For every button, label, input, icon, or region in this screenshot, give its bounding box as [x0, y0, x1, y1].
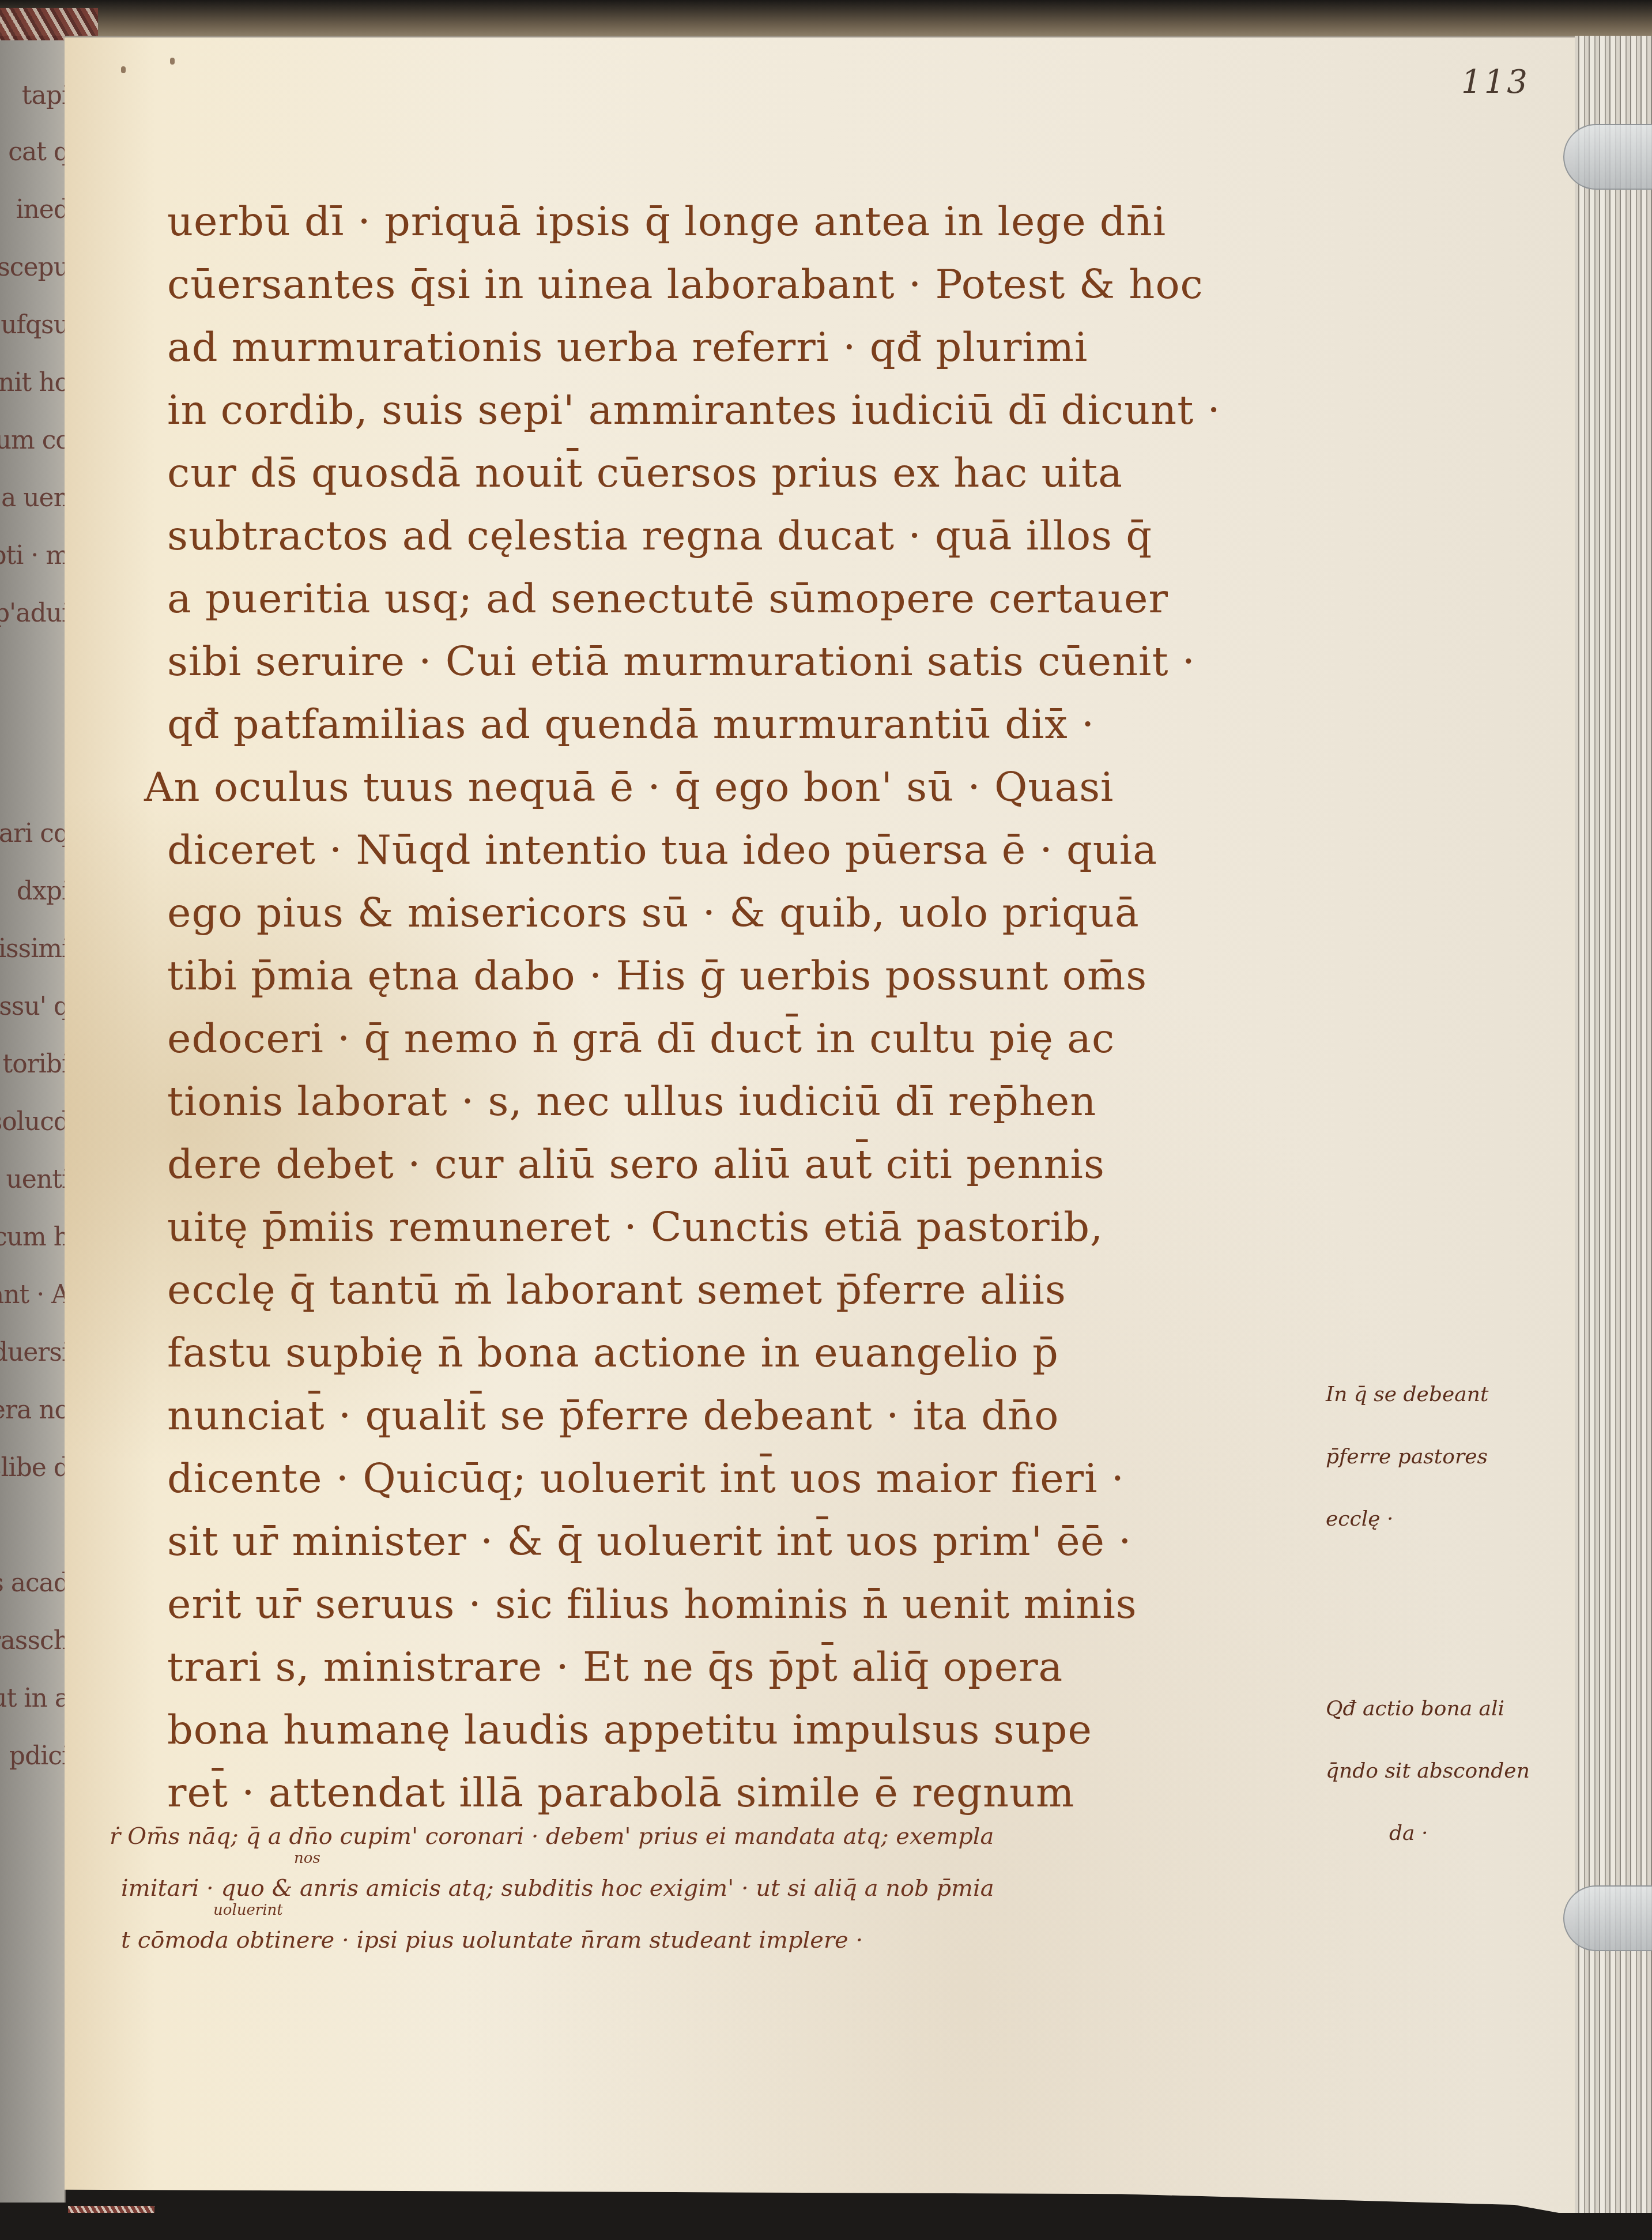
margin-note-line: q̄ndo sit absconden [1326, 1740, 1579, 1802]
footnote-line: uoluerint t cōmoda obtinere · ipsi pius … [121, 1914, 1389, 1966]
text-line: uerbū dī · priquā ipsis q̄ longe antea i… [167, 190, 1355, 253]
page-tab-top[interactable] [1563, 124, 1652, 190]
main-text-block: uerbū dī · priquā ipsis q̄ longe antea i… [167, 190, 1355, 1824]
footnote-marker: ṙ [110, 1823, 120, 1850]
facing-page-fragment: oslibe d [0, 1453, 66, 1482]
facing-page-fragment: uenti [0, 1165, 66, 1194]
text-line: subtractos ad cęlestia regna ducat · quā… [167, 505, 1355, 567]
interlinear-gloss: nos [294, 1851, 320, 1866]
text-line: tionis laborat · s, nec ullus iudiciū dī… [167, 1070, 1355, 1133]
footnote-text: t cōmoda obtinere · ipsi pius uoluntate … [121, 1927, 863, 1953]
facing-page-fragment: abant · A [0, 1280, 66, 1309]
ink-speck [121, 66, 126, 73]
text-line: nunciat̄ · qualit̄ se p̄ferre debeant · … [167, 1384, 1355, 1447]
text-line: trari s, ministrare · Et ne q̄s p̄pt̄ al… [167, 1636, 1355, 1699]
facing-page-fragment: uissimi [0, 934, 66, 963]
facing-page-fragment: dxpi [0, 876, 66, 906]
text-line: uitę p̄miis remuneret · Cunctis etiā pas… [167, 1196, 1355, 1259]
facing-page-fragment: b, pdici [0, 1741, 66, 1771]
facing-page-fragment: uscepu [0, 253, 66, 282]
margin-note-line: p̄ferre pastores [1326, 1426, 1579, 1488]
footnote-text: imitari · quo & anris amicis atq; subdit… [121, 1875, 994, 1902]
facing-page-fragment: rassch [0, 1626, 66, 1655]
text-line: sit ur̄ minister · & q̄ uoluerit int̄ uo… [167, 1510, 1355, 1573]
top-binding-edge [0, 0, 1652, 36]
facing-page-fragment: ut in a [0, 1684, 66, 1713]
facing-page-fragment: cat q [0, 137, 66, 167]
folio-number: 113 [1461, 63, 1530, 101]
margin-note-line: In q̄ se debeant [1326, 1364, 1579, 1426]
footnote-text: Om̄s nāq; q̄ a dn̄o cupim' coronari · de… [127, 1823, 994, 1850]
ink-speck [170, 58, 175, 65]
text-line: edoceri · q̄ nemo n̄ grā dī duct̄ in cul… [167, 1007, 1355, 1070]
facing-page-fragment: Aduersi [0, 1338, 66, 1367]
text-line: diceret · Nūqd intentio tua ideo pūersa … [167, 819, 1355, 882]
text-line: in cordib, suis sepi' ammirantes iudiciū… [167, 379, 1355, 442]
text-line: fastu supbię n̄ bona actione in euangeli… [167, 1322, 1355, 1384]
text-line: a pueritia usq; ad senectutē sūmopere ce… [167, 567, 1355, 630]
facing-page-fragment: um cc [0, 426, 66, 455]
facing-page-fragment: tapi [0, 81, 66, 110]
facing-page-fragment: p'adui [0, 598, 66, 628]
text-line: bona humanę laudis appetitu impulsus sup… [167, 1699, 1355, 1761]
text-line: dicente · Quicūq; uoluerit int̄ uos maio… [167, 1447, 1355, 1510]
text-line: erit ur̄ seruus · sic filius hominis n̄ … [167, 1573, 1355, 1636]
text-line: dere debet · cur aliū sero aliū aut̄ cit… [167, 1133, 1355, 1196]
text-line: sibi seruire · Cui etiā murmurationi sat… [167, 630, 1355, 693]
facing-page-fragment: pti · m [0, 541, 66, 570]
text-line: qđ patfamilias ad quendā murmurantiū dix… [167, 693, 1355, 756]
facing-page-fragment: solucd [0, 1107, 66, 1136]
facing-page-fragment: icum h [0, 1222, 66, 1252]
footnote-block: ṙOm̄s nāq; q̄ a dn̄o cupim' coronari · d… [121, 1810, 1389, 1966]
facing-page-fragment: a uen [0, 483, 66, 513]
text-line: ego pius & misericors sū · & quib, uolo … [167, 882, 1355, 944]
facing-page-edge: tapi cat q ined uscepu ufqsu nit ho um c… [0, 40, 66, 2203]
facing-page-fragment: tos acad [0, 1568, 66, 1598]
text-line: cur ds̄ quosdā nouit̄ cūersos prius ex h… [167, 442, 1355, 505]
facing-page-fragment: toribi [0, 1049, 66, 1079]
facing-page-fragment: nit ho [0, 368, 66, 397]
facing-page-fragment: ufqsu [0, 310, 66, 340]
margin-note-pastores: In q̄ se debeant p̄ferre pastores ecclę … [1326, 1364, 1579, 1550]
text-line: tibi p̄mia ętna dabo · His ḡ uerbis poss… [167, 944, 1355, 1007]
interlinear-gloss: uoluerint [213, 1903, 283, 1918]
facing-page-fragment: tari cq [0, 819, 66, 848]
footnote-line: nos imitari · quo & anris amicis atq; su… [121, 1862, 1389, 1914]
margin-note-line: Qđ actio bona ali [1326, 1678, 1579, 1740]
text-line: cūersantes q̄si in uinea laborabant · Po… [167, 253, 1355, 316]
text-line: ecclę q̄ tantū m̄ laborant semet p̄ferre… [167, 1259, 1355, 1322]
facing-page-fragment: ssu' q [0, 992, 66, 1021]
text-line: An oculus tuus nequā ē · q̄ ego bon' sū … [144, 756, 1355, 819]
text-line: ad murmurationis uerba referri · qđ plur… [167, 316, 1355, 379]
margin-note-line: ecclę · [1326, 1488, 1579, 1550]
facing-page-fragment: tera no [0, 1395, 66, 1425]
page-tab-bottom[interactable] [1563, 1885, 1652, 1951]
bottom-background [0, 2213, 1652, 2240]
facing-page-fragment: ined [0, 195, 66, 224]
